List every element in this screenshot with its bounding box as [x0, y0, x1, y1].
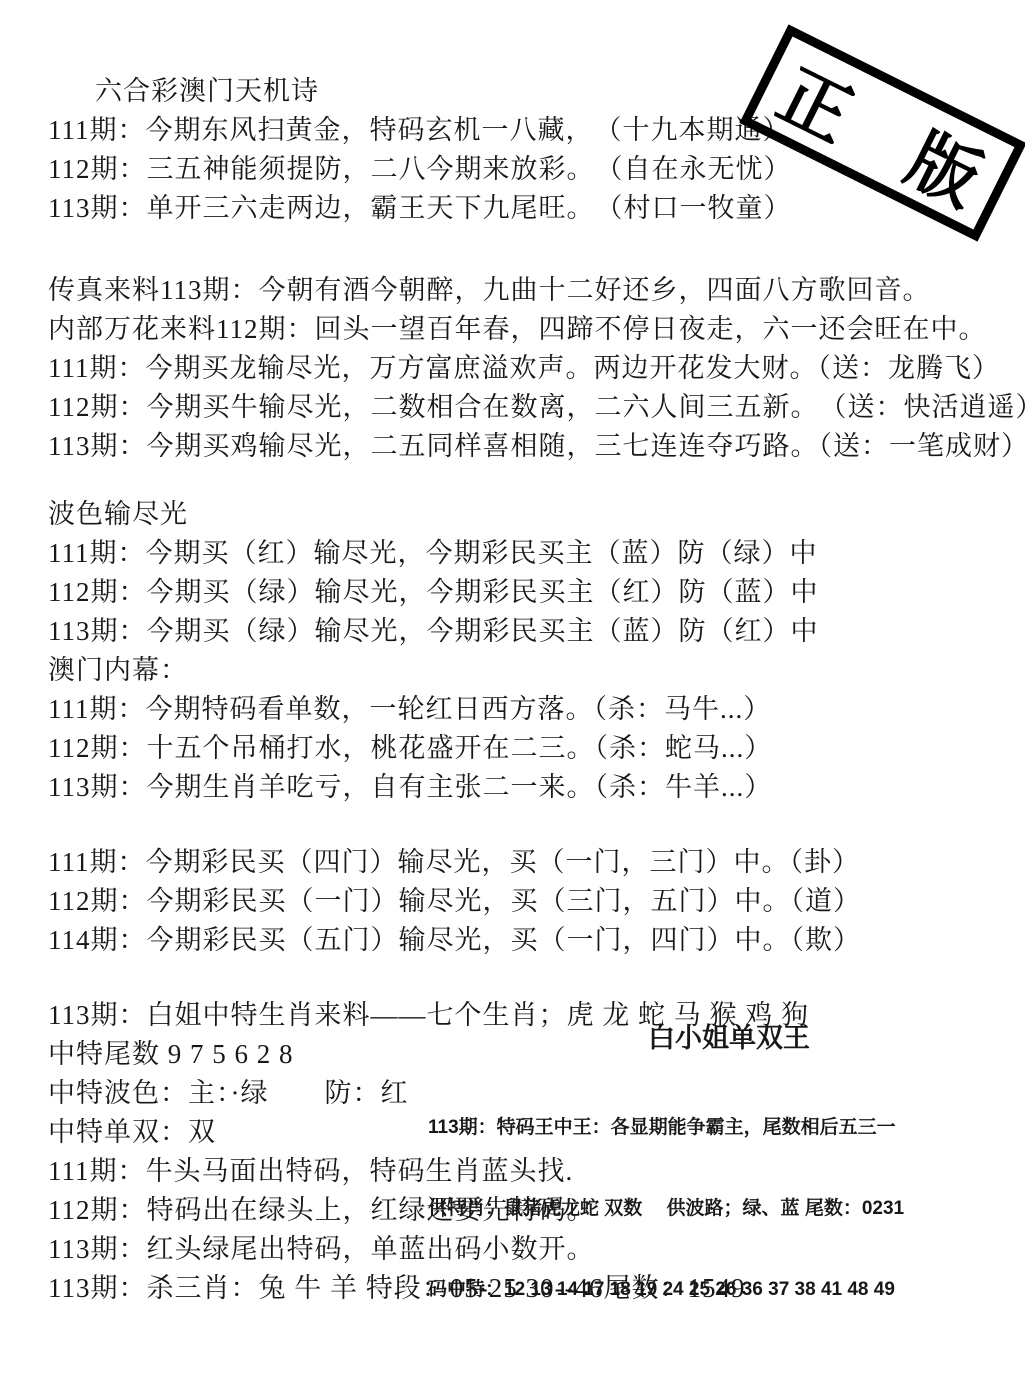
- section-gap: [48, 807, 1025, 843]
- section-gap: [48, 466, 1025, 495]
- fax-line-buy-rooster: 113期：今期买鸡输尽光，二五同样喜相随，三七连连夺巧路。（送：一笔成财）: [48, 427, 1025, 466]
- neimu-line-113: 113期：今期生肖羊吃亏，自有主张二一来。（杀：牛羊...）: [48, 768, 1025, 807]
- neimu-header: 澳门内幕：: [48, 651, 1025, 690]
- fax-line-112: 内部万花来料112期：回头一望百年春，四蹄不停日夜走，六一还会旺在中。: [48, 310, 1025, 349]
- fax-line-buy-ox: 112期：今期买牛输尽光，二数相合在数离，二六人间三五新。 （送：快活逍遥）: [48, 388, 1025, 427]
- fax-line-113: 传真来料113期：今朝有酒今朝醉，九曲十二好还乡，四面八方歌回音。: [48, 271, 1025, 310]
- doors-line-114: 114期：今期彩民买（五门）输尽光，买（一门，四门）中。（欺）: [48, 921, 1025, 960]
- bose-line-112: 112期：今期买（绿）输尽光，今期彩民买主（红）防（蓝）中: [48, 573, 1025, 612]
- bose-line-111: 111期：今期买（红）输尽光，今期彩民买主（蓝）防（绿）中: [48, 534, 1025, 573]
- tips-line-wangzhongwang: 113期：特码王中王：各显期能争霸主，尾数相后五三一: [428, 1114, 904, 1141]
- poem-line-113: 113期：单开三六走两边，霸王天下九尾旺。 （村口一牧童）: [48, 189, 1025, 228]
- bose-line-113: 113期：今期买（绿）输尽光，今期彩民买主（蓝）防（红）中: [48, 612, 1025, 651]
- baixiaojie-tips-block: 113期：特码王中王：各显期能争霸主，尾数相后五三一 供特肖：鼠猪虎龙蛇 双数 …: [428, 1060, 904, 1357]
- tips-line-mazhongte: 码中特：12 13 14 17 18 19 24 25 26 36 37 38 …: [428, 1276, 904, 1303]
- neimu-line-111: 111期：今期特码看单数，一轮红日西方落。（杀：马牛...）: [48, 690, 1025, 729]
- section-gap: [48, 228, 1025, 271]
- tips-line-texiao: 供特肖：鼠猪虎龙蛇 双数 供波路；绿、蓝 尾数：0231: [428, 1195, 904, 1222]
- section-gap: [48, 960, 1025, 996]
- fax-line-buy-dragon: 111期：今期买龙输尽光，万方富庶溢欢声。两边开花发大财。（送：龙腾飞）: [48, 349, 1025, 388]
- baijie-intro: 113期：白姐中特生肖来料——七个生肖；虎 龙 蛇 马 猴 鸡 狗: [48, 996, 1025, 1035]
- neimu-line-112: 112期：十五个吊桶打水，桃花盛开在二三。（杀：蛇马...）: [48, 729, 1025, 768]
- bose-header: 波色输尽光: [48, 495, 1025, 534]
- doors-line-112: 112期：今期彩民买（一门）输尽光，买（三门，五门）中。（道）: [48, 882, 1025, 921]
- scanned-lottery-sheet: 六合彩澳门天机诗 111期：今期东风扫黄金，特码玄机一八藏， （十九本期通） 1…: [0, 0, 1025, 1388]
- doors-line-111: 111期：今期彩民买（四门）输尽光，买（一门，三门）中。（卦）: [48, 843, 1025, 882]
- baixiaojie-title: 白小姐单双王: [648, 1022, 810, 1054]
